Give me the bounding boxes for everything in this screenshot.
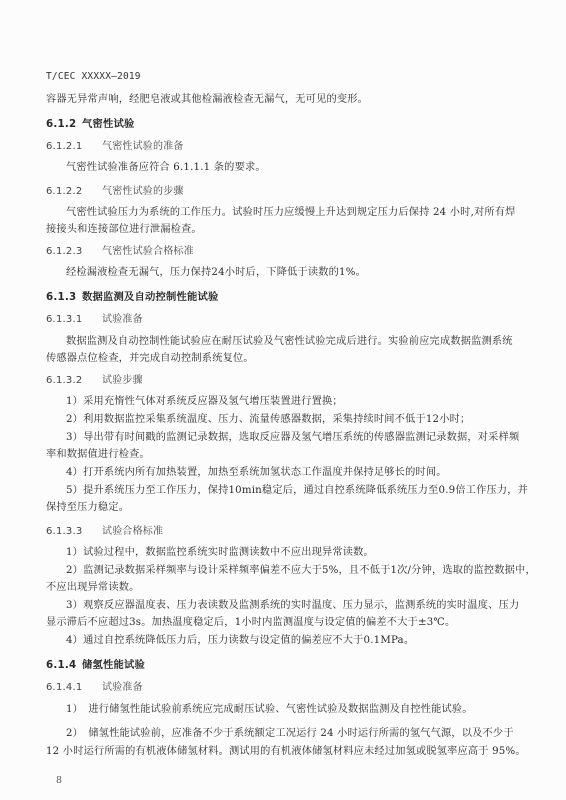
section-number: 6.1.2.2: [46, 185, 102, 199]
page-number: 8: [56, 775, 62, 786]
subsection-heading-6-1-2-3: 6.1.2.3气密性试验合格标准: [46, 245, 194, 259]
paragraph-line: 接接头和连接部位进行泄漏检查。: [46, 223, 202, 237]
list-item: 5）提升系统压力至工作压力，保持10min稳定后，通过自控系统降低系统压力至0.…: [66, 484, 528, 498]
section-title: 储氢性能试验: [82, 659, 145, 671]
list-item: 2）监测记录数据采样频率与设计采样频率偏差不应大于5%，且不低于1次/分钟，选取…: [66, 564, 536, 578]
subsection-heading-6-1-3-3: 6.1.3.3试验合格标准: [46, 525, 163, 539]
list-item-continuation: 率和数据值进行检查。: [46, 448, 150, 462]
section-number: 6.1.3.1: [46, 313, 102, 327]
section-number: 6.1.4.1: [46, 681, 102, 695]
section-title: 气密性试验的步骤: [102, 186, 184, 197]
list-item: 2）利用数据监控采集系统温度、压力、流量传感器数据，采集持续时间不低于12小时；: [66, 413, 470, 427]
list-item-continuation: 12 小时运行所需的有机液体储氢材料。测试用的有机液体储氢材料应未经过加氢或脱氢…: [46, 745, 526, 759]
section-number: 6.1.3: [46, 290, 82, 304]
list-item: 4）通过自控系统降低压力后，压力读数与设定值的偏差应不大于0.1MPa。: [66, 634, 414, 648]
list-item: 4）打开系统内所有加热装置，加热至系统加氢状态工作温度并保持足够长的时间。: [66, 466, 447, 480]
list-item: 3）导出带有时间戳的监测记录数据，选取反应器及氢气增压系统的传感器监测记录数据，…: [66, 431, 519, 445]
subsection-heading-6-1-2-2: 6.1.2.2气密性试验的步骤: [46, 185, 184, 199]
section-heading-6-1-3: 6.1.3数据监测及自动控制性能试验: [46, 290, 218, 304]
paragraph-line: 气密性试验准备应符合 6.1.1.1 条的要求。: [66, 161, 266, 175]
subsection-heading-6-1-4-1: 6.1.4.1试验准备: [46, 681, 143, 695]
section-heading-6-1-4: 6.1.4储氢性能试验: [46, 658, 145, 672]
subsection-heading-6-1-2-1: 6.1.2.1气密性试验的准备: [46, 140, 184, 154]
section-number: 6.1.2: [46, 117, 82, 131]
section-title: 试验步骤: [102, 375, 143, 386]
list-item: 1）采用充惰性气体对系统反应器及氢气增压装置进行置换；: [66, 395, 343, 409]
section-title: 试验合格标准: [102, 526, 163, 537]
section-number: 6.1.2.3: [46, 245, 102, 259]
paragraph-line: 传感器点位检查，并完成自动控制系统复位。: [46, 352, 254, 366]
list-item: 3）观察反应器温度表、压力表读数及监测系统的实时温度、压力显示，监测系统的实时温…: [66, 599, 519, 613]
section-title: 试验准备: [102, 314, 143, 325]
section-title: 气密性试验: [82, 118, 134, 130]
section-title: 气密性试验的准备: [102, 141, 184, 152]
list-item-continuation: 不应出现异常读数。: [46, 581, 140, 595]
section-title: 试验准备: [102, 682, 143, 693]
list-item-continuation: 保持至压力稳定。: [46, 501, 129, 515]
section-title: 气密性试验合格标准: [102, 246, 194, 257]
section-number: 6.1.2.1: [46, 140, 102, 154]
section-title: 数据监测及自动控制性能试验: [82, 291, 218, 303]
list-item: 2） 储氢性能试验前，应准备不少于系统额定工况运行 24 小时运行所需的氢气气源…: [66, 727, 514, 741]
list-item: 1）试验过程中，数据监控系统实时监测读数中不应出现异常读数。: [66, 546, 374, 560]
section-heading-6-1-2: 6.1.2气密性试验: [46, 117, 134, 131]
paragraph-line: 气密性试验压力为系统的工作压力。试验时压力应缓慢上升达到规定压力后保持 24 小…: [66, 206, 516, 220]
subsection-heading-6-1-3-1: 6.1.3.1试验准备: [46, 313, 143, 327]
paragraph-line: 容器无异常声响，经肥皂液或其他检漏液检查无漏气，无可见的变形。: [46, 93, 368, 107]
list-item: 1） 进行储氢性能试验前系统应完成耐压试验、气密性试验及数据监测及自控性能试验。: [66, 703, 473, 717]
section-number: 6.1.3.3: [46, 525, 102, 539]
paragraph-line: 经检漏液检查无漏气，压力保持24小时后，下降低于读数的1%。: [66, 266, 366, 280]
page-header: T/CEC XXXXX—2019: [46, 70, 141, 84]
section-number: 6.1.4: [46, 658, 82, 672]
section-number: 6.1.3.2: [46, 374, 102, 388]
paragraph-line: 数据监测及自动控制性能试验应在耐压试验及气密性试验完成后进行。实验前应完成数据监…: [66, 335, 513, 349]
subsection-heading-6-1-3-2: 6.1.3.2试验步骤: [46, 374, 143, 388]
list-item-continuation: 显示滞后不应超过3s。加热温度稳定后，1小时内监测温度与设定值的偏差不大于±3℃…: [46, 616, 455, 630]
